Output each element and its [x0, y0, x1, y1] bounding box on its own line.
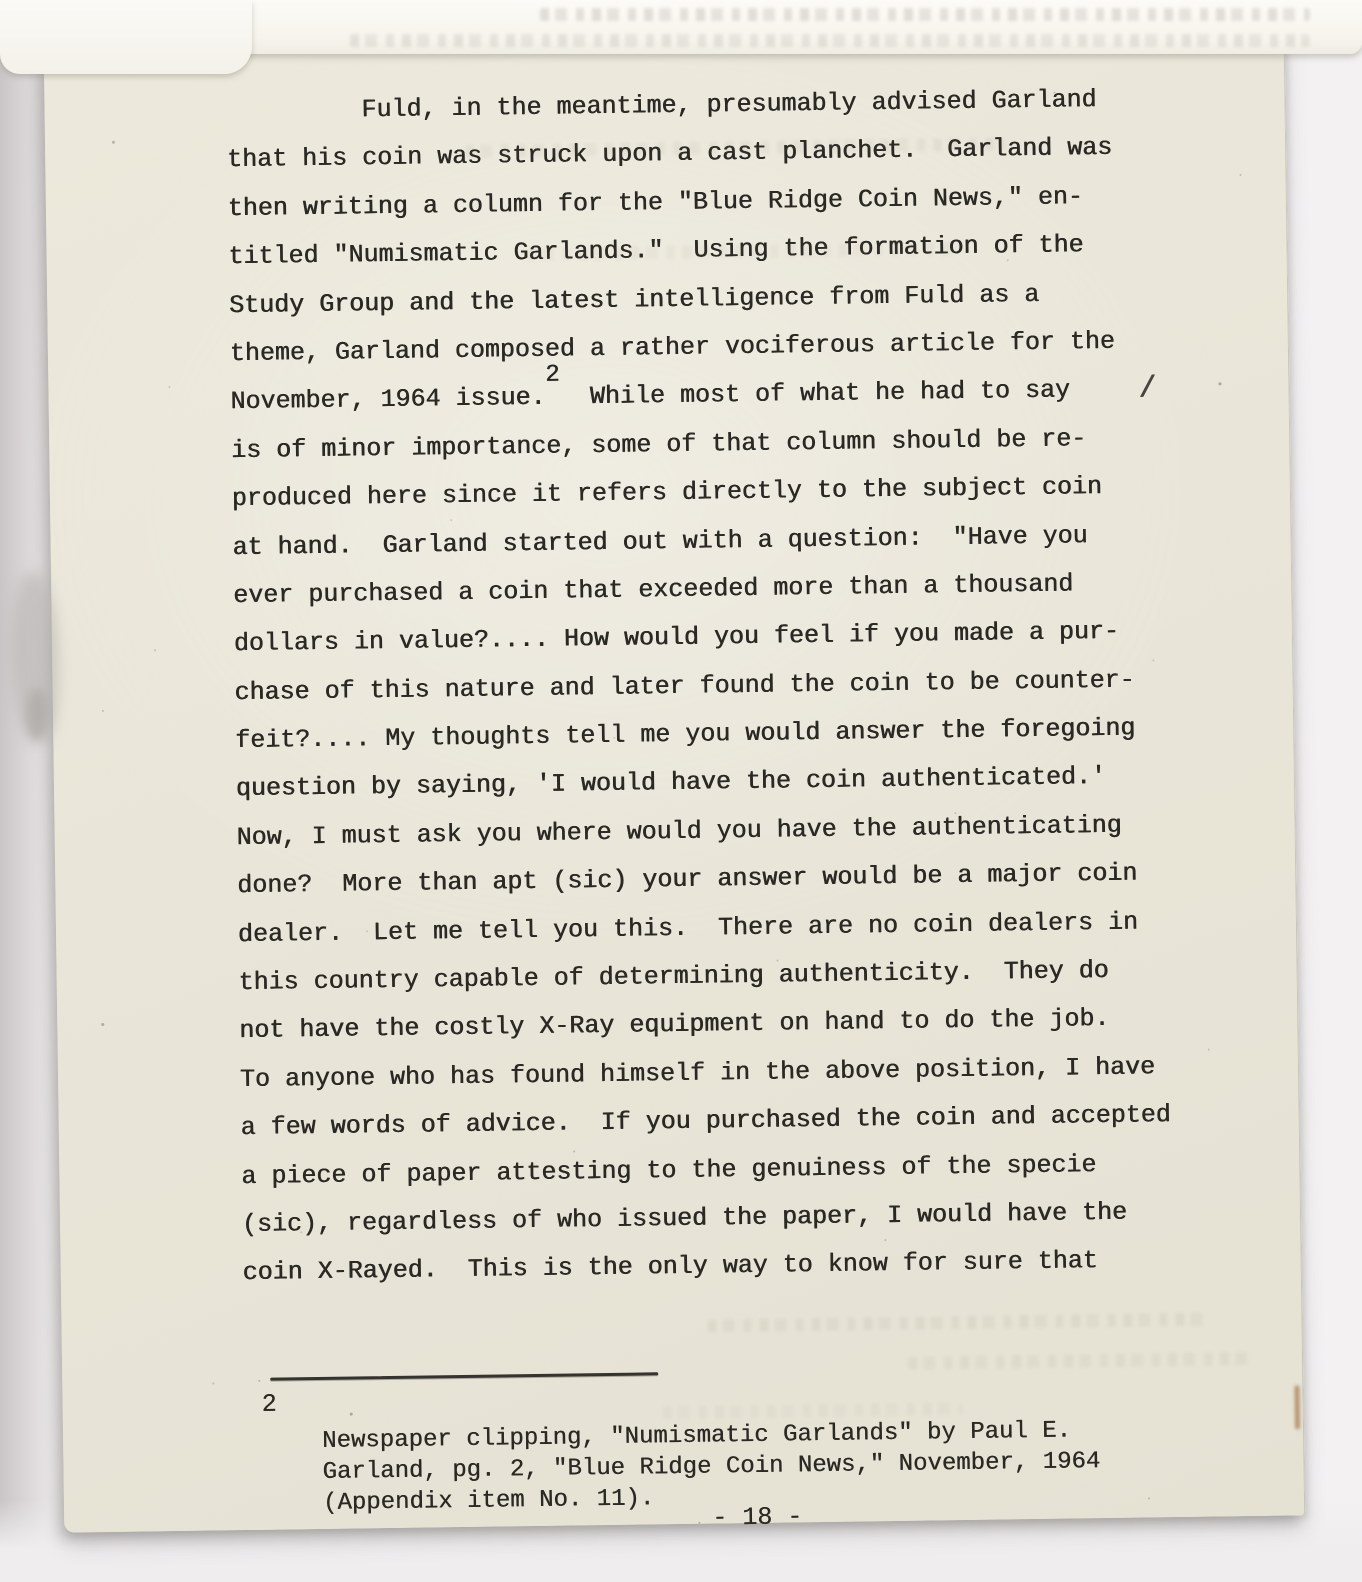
bleed-through-text — [540, 8, 1310, 21]
dust-speck — [450, 519, 452, 521]
document-page: Fuld, in the meantime, presumably advise… — [44, 37, 1306, 1532]
dust-speck — [1208, 1049, 1210, 1051]
dust-speck — [212, 1382, 214, 1384]
dust-speck — [954, 812, 956, 814]
dust-speck — [613, 737, 615, 739]
dust-speck — [154, 649, 156, 651]
bleed-through-text — [908, 1352, 1248, 1370]
dust-speck — [776, 960, 778, 962]
footnote-marker: 2 — [261, 1390, 276, 1419]
footnote-separator-rule — [270, 1372, 658, 1380]
dust-speck — [1007, 259, 1009, 261]
footnote-reference-superscript: 2 — [545, 362, 560, 389]
dust-speck — [698, 1522, 700, 1524]
dust-speck — [1148, 1497, 1150, 1499]
bleed-through-text — [350, 34, 1310, 47]
dust-speck — [1053, 92, 1055, 94]
dust-speck — [101, 1023, 104, 1026]
dust-speck — [112, 141, 115, 144]
dust-speck — [1240, 174, 1242, 176]
bleed-through-text — [663, 1402, 963, 1419]
page-corner-fold — [0, 0, 252, 74]
dust-speck — [350, 1413, 353, 1416]
dust-speck — [1152, 659, 1154, 661]
dust-speck — [258, 1380, 260, 1382]
dust-speck — [1218, 382, 1221, 385]
torn-page-edge-detail — [26, 688, 48, 740]
dust-speck — [102, 710, 104, 712]
margin-slash-mark: / — [1138, 366, 1157, 415]
bleed-through-text — [707, 1313, 1207, 1333]
dust-speck — [366, 930, 368, 932]
dust-speck — [884, 1239, 886, 1241]
dust-speck — [300, 1231, 302, 1233]
paper-stain — [1294, 1385, 1300, 1429]
dust-speck — [573, 1150, 575, 1152]
dust-speck — [168, 386, 170, 388]
page-number: - 18 - — [712, 1502, 802, 1532]
